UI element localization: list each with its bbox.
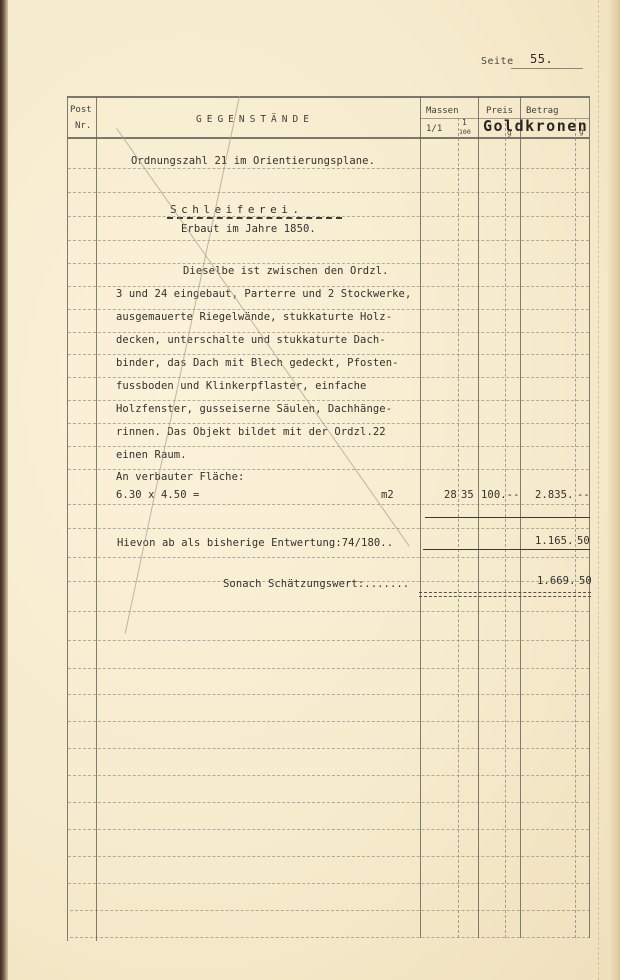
description-line-4: decken, unterschalte und stukkaturte Dac… <box>116 334 386 346</box>
row-rule <box>70 937 590 938</box>
row-rule <box>68 640 589 641</box>
row-rule <box>70 910 590 911</box>
description-line-8: rinnen. Das Objekt bildet mit der Ordzl.… <box>116 426 386 438</box>
description-line-9: einen Raum. <box>116 449 187 461</box>
area-unit: m2 <box>381 489 394 501</box>
header-massen-fraction-denominator: 100 <box>459 128 471 136</box>
col-border-massen-sub <box>458 118 459 938</box>
row-rule <box>68 377 589 378</box>
row-rule <box>68 856 589 857</box>
row-rule <box>68 557 589 558</box>
row-rule <box>68 883 589 884</box>
gross-amount-integer: 2.835. <box>535 489 574 501</box>
header-betrag-g: g <box>579 127 584 136</box>
description-line-3: ausgemauerte Riegelwände, stukkaturte Ho… <box>116 311 392 323</box>
area-calculation: 6.30 x 4.50 = <box>116 489 199 501</box>
construction-year-line: Erbaut im Jahre 1850. <box>181 223 316 235</box>
row-rule <box>68 309 589 310</box>
row-rule <box>68 400 589 401</box>
gross-amount-decimal: -- <box>577 489 590 501</box>
row-rule <box>68 332 589 333</box>
ordnungszahl-line: Ordnungszahl 21 im Orientierungsplane. <box>131 155 375 167</box>
table-top-border <box>67 96 589 98</box>
ledger-table: Post Nr. GEGENSTÄNDE Massen 1/1 1 100 Pr… <box>0 0 620 980</box>
goldkronen-stamp: Goldkronen <box>483 117 588 135</box>
header-betrag: Betrag <box>526 106 559 116</box>
difference-rule <box>423 549 590 550</box>
col-border-betrag-sub <box>575 118 576 938</box>
area-massen-decimal: 35 <box>461 489 474 501</box>
row-rule <box>68 611 589 612</box>
row-rule <box>68 263 589 264</box>
building-title: Schleiferei. <box>170 203 303 216</box>
row-rule <box>68 829 589 830</box>
subtotal-rule <box>425 517 590 518</box>
valuation-label: Sonach Schätzungswert:....... <box>223 578 409 590</box>
depreciation-amount-integer: 1.165. <box>535 535 574 547</box>
row-rule <box>68 423 589 424</box>
col-border-post-nr <box>96 96 97 941</box>
valuation-amount-decimal: 50 <box>579 575 592 587</box>
header-nr: Nr. <box>75 121 91 131</box>
col-border-left <box>67 96 68 941</box>
depreciation-amount-decimal: 50 <box>577 535 590 547</box>
row-rule <box>68 446 589 447</box>
row-rule <box>68 240 589 241</box>
description-line-2: 3 und 24 eingebaut, Parterre und 2 Stock… <box>116 288 411 300</box>
row-rule <box>68 694 589 695</box>
header-preis-g: g <box>507 128 512 137</box>
built-area-label: An verbauter Fläche: <box>116 471 244 483</box>
row-rule <box>68 775 589 776</box>
row-rule <box>68 286 589 287</box>
header-massen-fraction-numerator: 1 <box>462 118 467 127</box>
row-rule <box>68 354 589 355</box>
header-massen-whole: 1/1 <box>426 124 442 134</box>
description-line-7: Holzfenster, gusseiserne Säulen, Dachhän… <box>116 403 392 415</box>
description-line-5: binder, das Dach mit Blech gedeckt, Pfos… <box>116 357 399 369</box>
header-gegenstaende: GEGENSTÄNDE <box>196 114 314 125</box>
header-massen: Massen <box>426 106 459 116</box>
depreciation-label: Hievon ab als bisherige Entwertung:74/18… <box>117 537 393 549</box>
row-rule <box>68 721 589 722</box>
area-massen-integer: 28 <box>444 489 457 501</box>
row-rule <box>68 469 589 470</box>
title-underline <box>167 217 342 219</box>
col-border-preis-sub <box>505 118 506 938</box>
header-preis: Preis <box>486 106 513 116</box>
ledger-page: Seite 55. <box>0 0 620 980</box>
col-border-gegenstaende <box>420 96 421 938</box>
valuation-amount-integer: 1.669. <box>537 575 576 587</box>
row-rule <box>68 802 589 803</box>
row-rule <box>68 192 589 193</box>
description-line-6: fussboden und Klinkerpflaster, einfache <box>116 380 366 392</box>
row-rule <box>68 668 589 669</box>
header-post: Post <box>70 105 92 115</box>
unit-price: 100.-- <box>481 489 520 501</box>
total-double-underline <box>419 592 591 597</box>
row-rule <box>68 748 589 749</box>
header-bottom-border <box>67 137 589 139</box>
row-rule <box>68 504 589 505</box>
